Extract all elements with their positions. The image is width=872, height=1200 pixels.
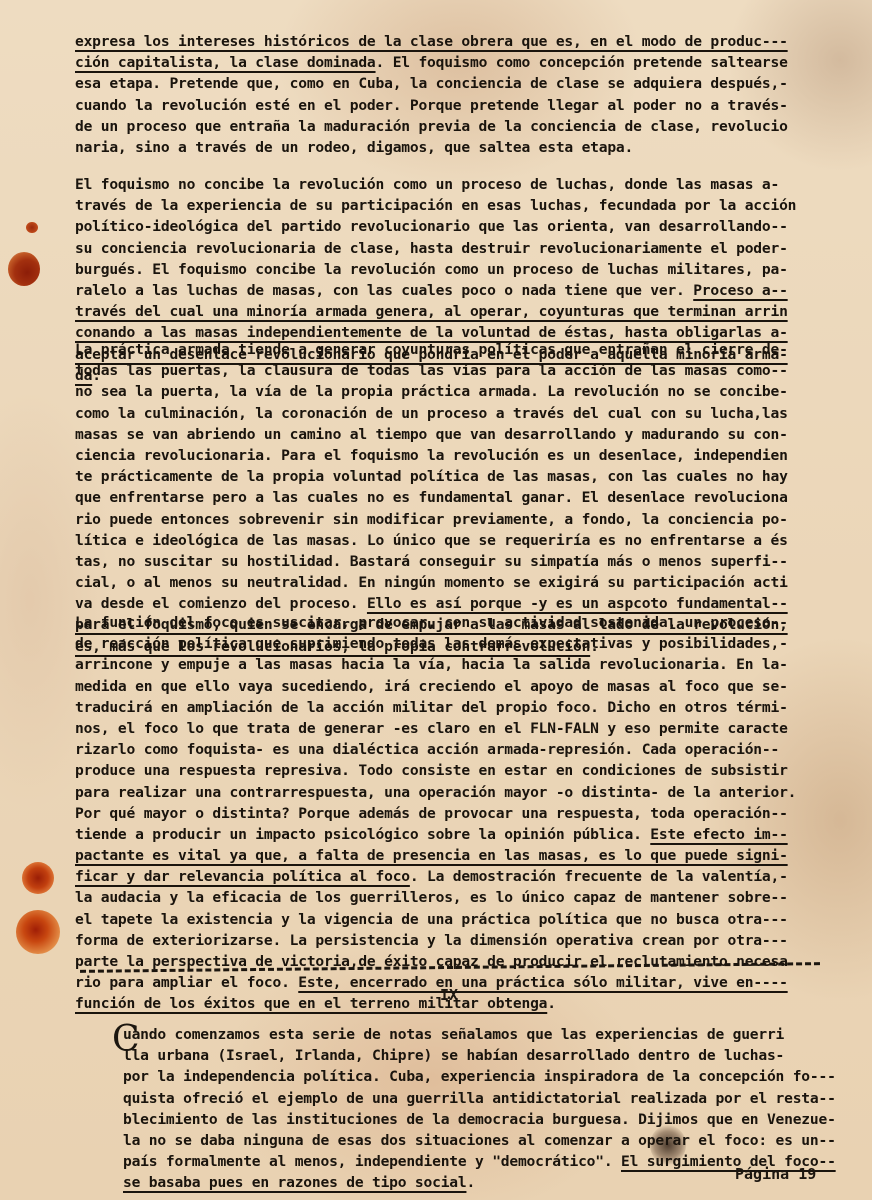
text: rio para ampliar el foco. [75, 974, 298, 991]
text-line: quista ofreció el ejemplo de una guerril… [123, 1088, 836, 1109]
text: tas, no suscitar su hostilidad. Bastará … [75, 553, 788, 570]
text-line: masas se van abriendo un camino al tiemp… [75, 424, 788, 445]
page-number: Página 19 [735, 1165, 816, 1183]
text-line: través de la experiencia de su participa… [75, 195, 796, 216]
text: traducirá en ampliación de la acción mil… [75, 699, 788, 716]
text: . [466, 1174, 475, 1191]
text-line: tiende a producir un impacto psicológico… [75, 824, 796, 845]
text: que enfrentarse pero a las cuales no es … [75, 489, 788, 506]
underlined-text: Proceso a-- [693, 282, 787, 299]
text-line: La función del foco es suscitar, provoca… [75, 612, 796, 633]
text-line: través del cual una minoría armada gener… [75, 301, 796, 322]
text-line: por la independencia política. Cuba, exp… [123, 1066, 836, 1087]
text-line: que enfrentarse pero a las cuales no es … [75, 487, 788, 508]
text-line: no sea la puerta, la vía de la propia pr… [75, 381, 788, 402]
text: todas las puertas, la clausura de todas … [75, 362, 788, 379]
underlined-text: expresa los intereses históricos de la c… [75, 33, 788, 50]
section-paragraph: uando comenzamos esta serie de notas señ… [123, 1024, 836, 1194]
text-line: blecimiento de las instituciones de la d… [123, 1109, 836, 1130]
text-line: como la culminación, la coronación de un… [75, 403, 788, 424]
text: burgués. El foquismo concibe la revoluci… [75, 261, 788, 278]
underlined-text: función de los éxitos que en el terreno … [75, 995, 547, 1012]
text: Por qué mayor o distinta? Porque además … [75, 805, 788, 822]
text: forma de exteriorizarse. La persistencia… [75, 932, 788, 949]
text-line: todas las puertas, la clausura de todas … [75, 360, 788, 381]
text: produce una respuesta represiva. Todo co… [75, 762, 788, 779]
text-line: La práctica armada tiende a generar coyu… [75, 339, 788, 360]
text: de reacción política que suprimiendo tod… [75, 635, 788, 652]
text: tiende a producir un impacto psicológico… [75, 826, 650, 843]
text: rizarlo como foquista- es una dialéctica… [75, 741, 779, 758]
text: quista ofreció el ejemplo de una guerril… [123, 1090, 836, 1107]
rust-stain [22, 862, 54, 894]
text: esa etapa. Pretende que, como en Cuba, l… [75, 75, 788, 92]
text-line: ción capitalista, la clase dominada. El … [75, 52, 788, 73]
text: uando comenzamos esta serie de notas señ… [123, 1026, 784, 1043]
text-line: rizarlo como foquista- es una dialéctica… [75, 739, 796, 760]
text: te prácticamente de la propia voluntad p… [75, 468, 788, 485]
text: de un proceso que entraña la maduración … [75, 118, 788, 135]
underlined-text: Este efecto im-- [650, 826, 787, 843]
text: La función del foco es suscitar, provoca… [75, 614, 788, 631]
text-line: medida en que ello vaya sucediendo, irá … [75, 676, 796, 697]
text-line: ciencia revolucionaria. Para el foquismo… [75, 445, 788, 466]
paragraph-1: expresa los intereses históricos de la c… [75, 31, 788, 158]
rust-stain [8, 252, 40, 286]
underlined-text: se basaba pues en razones de tipo social [123, 1174, 466, 1191]
text-line: rio para ampliar el foco. Este, encerrad… [75, 972, 796, 993]
paragraph-4: La función del foco es suscitar, provoca… [75, 612, 796, 1015]
underlined-text: través del cual una minoría armada gener… [75, 303, 788, 320]
text-line: función de los éxitos que en el terreno … [75, 993, 796, 1014]
text-line: naria, sino a través de un rodeo, digamo… [75, 137, 788, 158]
text: . [547, 995, 556, 1012]
text-line: traducirá en ampliación de la acción mil… [75, 697, 796, 718]
text-line: lítica e ideológica de las masas. Lo úni… [75, 530, 788, 551]
text-line: Por qué mayor o distinta? Porque además … [75, 803, 796, 824]
text: rio puede entonces sobrevenir sin modifi… [75, 511, 788, 528]
text-line: de reacción política que suprimiendo tod… [75, 633, 796, 654]
text: cuando la revolución esté en el poder. P… [75, 97, 788, 114]
text: cial, o al menos su neutralidad. En ning… [75, 574, 788, 591]
text: para realizar una contrarrespuesta, una … [75, 784, 796, 801]
rust-stain [26, 222, 38, 233]
text: El foquismo no concibe la revolución com… [75, 176, 779, 193]
text: por la independencia política. Cuba, exp… [123, 1068, 836, 1085]
text-line: pactante es vital ya que, a falta de pre… [75, 845, 796, 866]
text: lla urbana (Israel, Irlanda, Chipre) se … [123, 1047, 784, 1064]
text-line: El foquismo no concibe la revolución com… [75, 174, 796, 195]
text-line: arrincone y empuje a las masas hacia la … [75, 654, 796, 675]
text: medida en que ello vaya sucediendo, irá … [75, 678, 788, 695]
text-line: cial, o al menos su neutralidad. En ning… [75, 572, 788, 593]
text: va desde el comienzo del proceso. [75, 595, 367, 612]
text: su conciencia revolucionaria de clase, h… [75, 240, 788, 257]
text: la audacia y la eficacia de los guerrill… [75, 889, 788, 906]
underlined-text: Ello es así porque -y es un aspcoto fund… [367, 595, 788, 612]
text: ralelo a las luchas de masas, con las cu… [75, 282, 693, 299]
text-line: burgués. El foquismo concibe la revoluci… [75, 259, 796, 280]
text: el tapete la existencia y la vigencia de… [75, 911, 788, 928]
text-line: te prácticamente de la propia voluntad p… [75, 466, 788, 487]
text-line: produce una respuesta represiva. Todo co… [75, 760, 796, 781]
text-line: tas, no suscitar su hostilidad. Bastará … [75, 551, 788, 572]
text: La práctica armada tiende a generar coyu… [75, 341, 788, 358]
text: blecimiento de las instituciones de la d… [123, 1111, 836, 1128]
text: . La demostración frecuente de la valent… [410, 868, 788, 885]
text-line: ficar y dar relevancia política al foco.… [75, 866, 796, 887]
text: nos, el foco lo que trata de generar -es… [75, 720, 788, 737]
text-line: uando comenzamos esta serie de notas señ… [123, 1024, 836, 1045]
underlined-text: pactante es vital ya que, a falta de pre… [75, 847, 788, 864]
text-line: cuando la revolución esté en el poder. P… [75, 95, 788, 116]
text: ciencia revolucionaria. Para el foquismo… [75, 447, 788, 464]
underlined-text: ficar y dar relevancia política al foco [75, 868, 410, 885]
text-line: ralelo a las luchas de masas, con las cu… [75, 280, 796, 301]
text-line: se basaba pues en razones de tipo social… [123, 1172, 836, 1193]
text-line: rio puede entonces sobrevenir sin modifi… [75, 509, 788, 530]
text-line: político-ideológica del partido revoluci… [75, 216, 796, 237]
text: arrincone y empuje a las masas hacia la … [75, 656, 788, 673]
text-line: expresa los intereses históricos de la c… [75, 31, 788, 52]
section-number: IX [440, 986, 458, 1004]
text: través de la experiencia de su participa… [75, 197, 796, 214]
text-line: forma de exteriorizarse. La persistencia… [75, 930, 796, 951]
text: masas se van abriendo un camino al tiemp… [75, 426, 788, 443]
text: país formalmente al menos, independiente… [123, 1153, 621, 1170]
underlined-text: ción capitalista, la clase dominada [75, 54, 376, 71]
text: la no se daba ninguna de esas dos situac… [123, 1132, 836, 1149]
paragraph-3: La práctica armada tiende a generar coyu… [75, 339, 788, 657]
text-line: su conciencia revolucionaria de clase, h… [75, 238, 796, 259]
text-line: esa etapa. Pretende que, como en Cuba, l… [75, 73, 788, 94]
text: naria, sino a través de un rodeo, digamo… [75, 139, 633, 156]
text: no sea la puerta, la vía de la propia pr… [75, 383, 788, 400]
text-line: lla urbana (Israel, Irlanda, Chipre) se … [123, 1045, 836, 1066]
text-line: el tapete la existencia y la vigencia de… [75, 909, 796, 930]
text-line: la no se daba ninguna de esas dos situac… [123, 1130, 836, 1151]
rust-stain [16, 910, 60, 954]
text: político-ideológica del partido revoluci… [75, 218, 788, 235]
text-line: para realizar una contrarrespuesta, una … [75, 782, 796, 803]
text-line: de un proceso que entraña la maduración … [75, 116, 788, 137]
text: lítica e ideológica de las masas. Lo úni… [75, 532, 788, 549]
text-line: país formalmente al menos, independiente… [123, 1151, 836, 1172]
text: como la culminación, la coronación de un… [75, 405, 788, 422]
text: . El foquismo como concepción pretende s… [376, 54, 788, 71]
text-line: nos, el foco lo que trata de generar -es… [75, 718, 796, 739]
underlined-text: Este, encerrado en una práctica sólo mil… [298, 974, 787, 991]
text-line: la audacia y la eficacia de los guerrill… [75, 887, 796, 908]
